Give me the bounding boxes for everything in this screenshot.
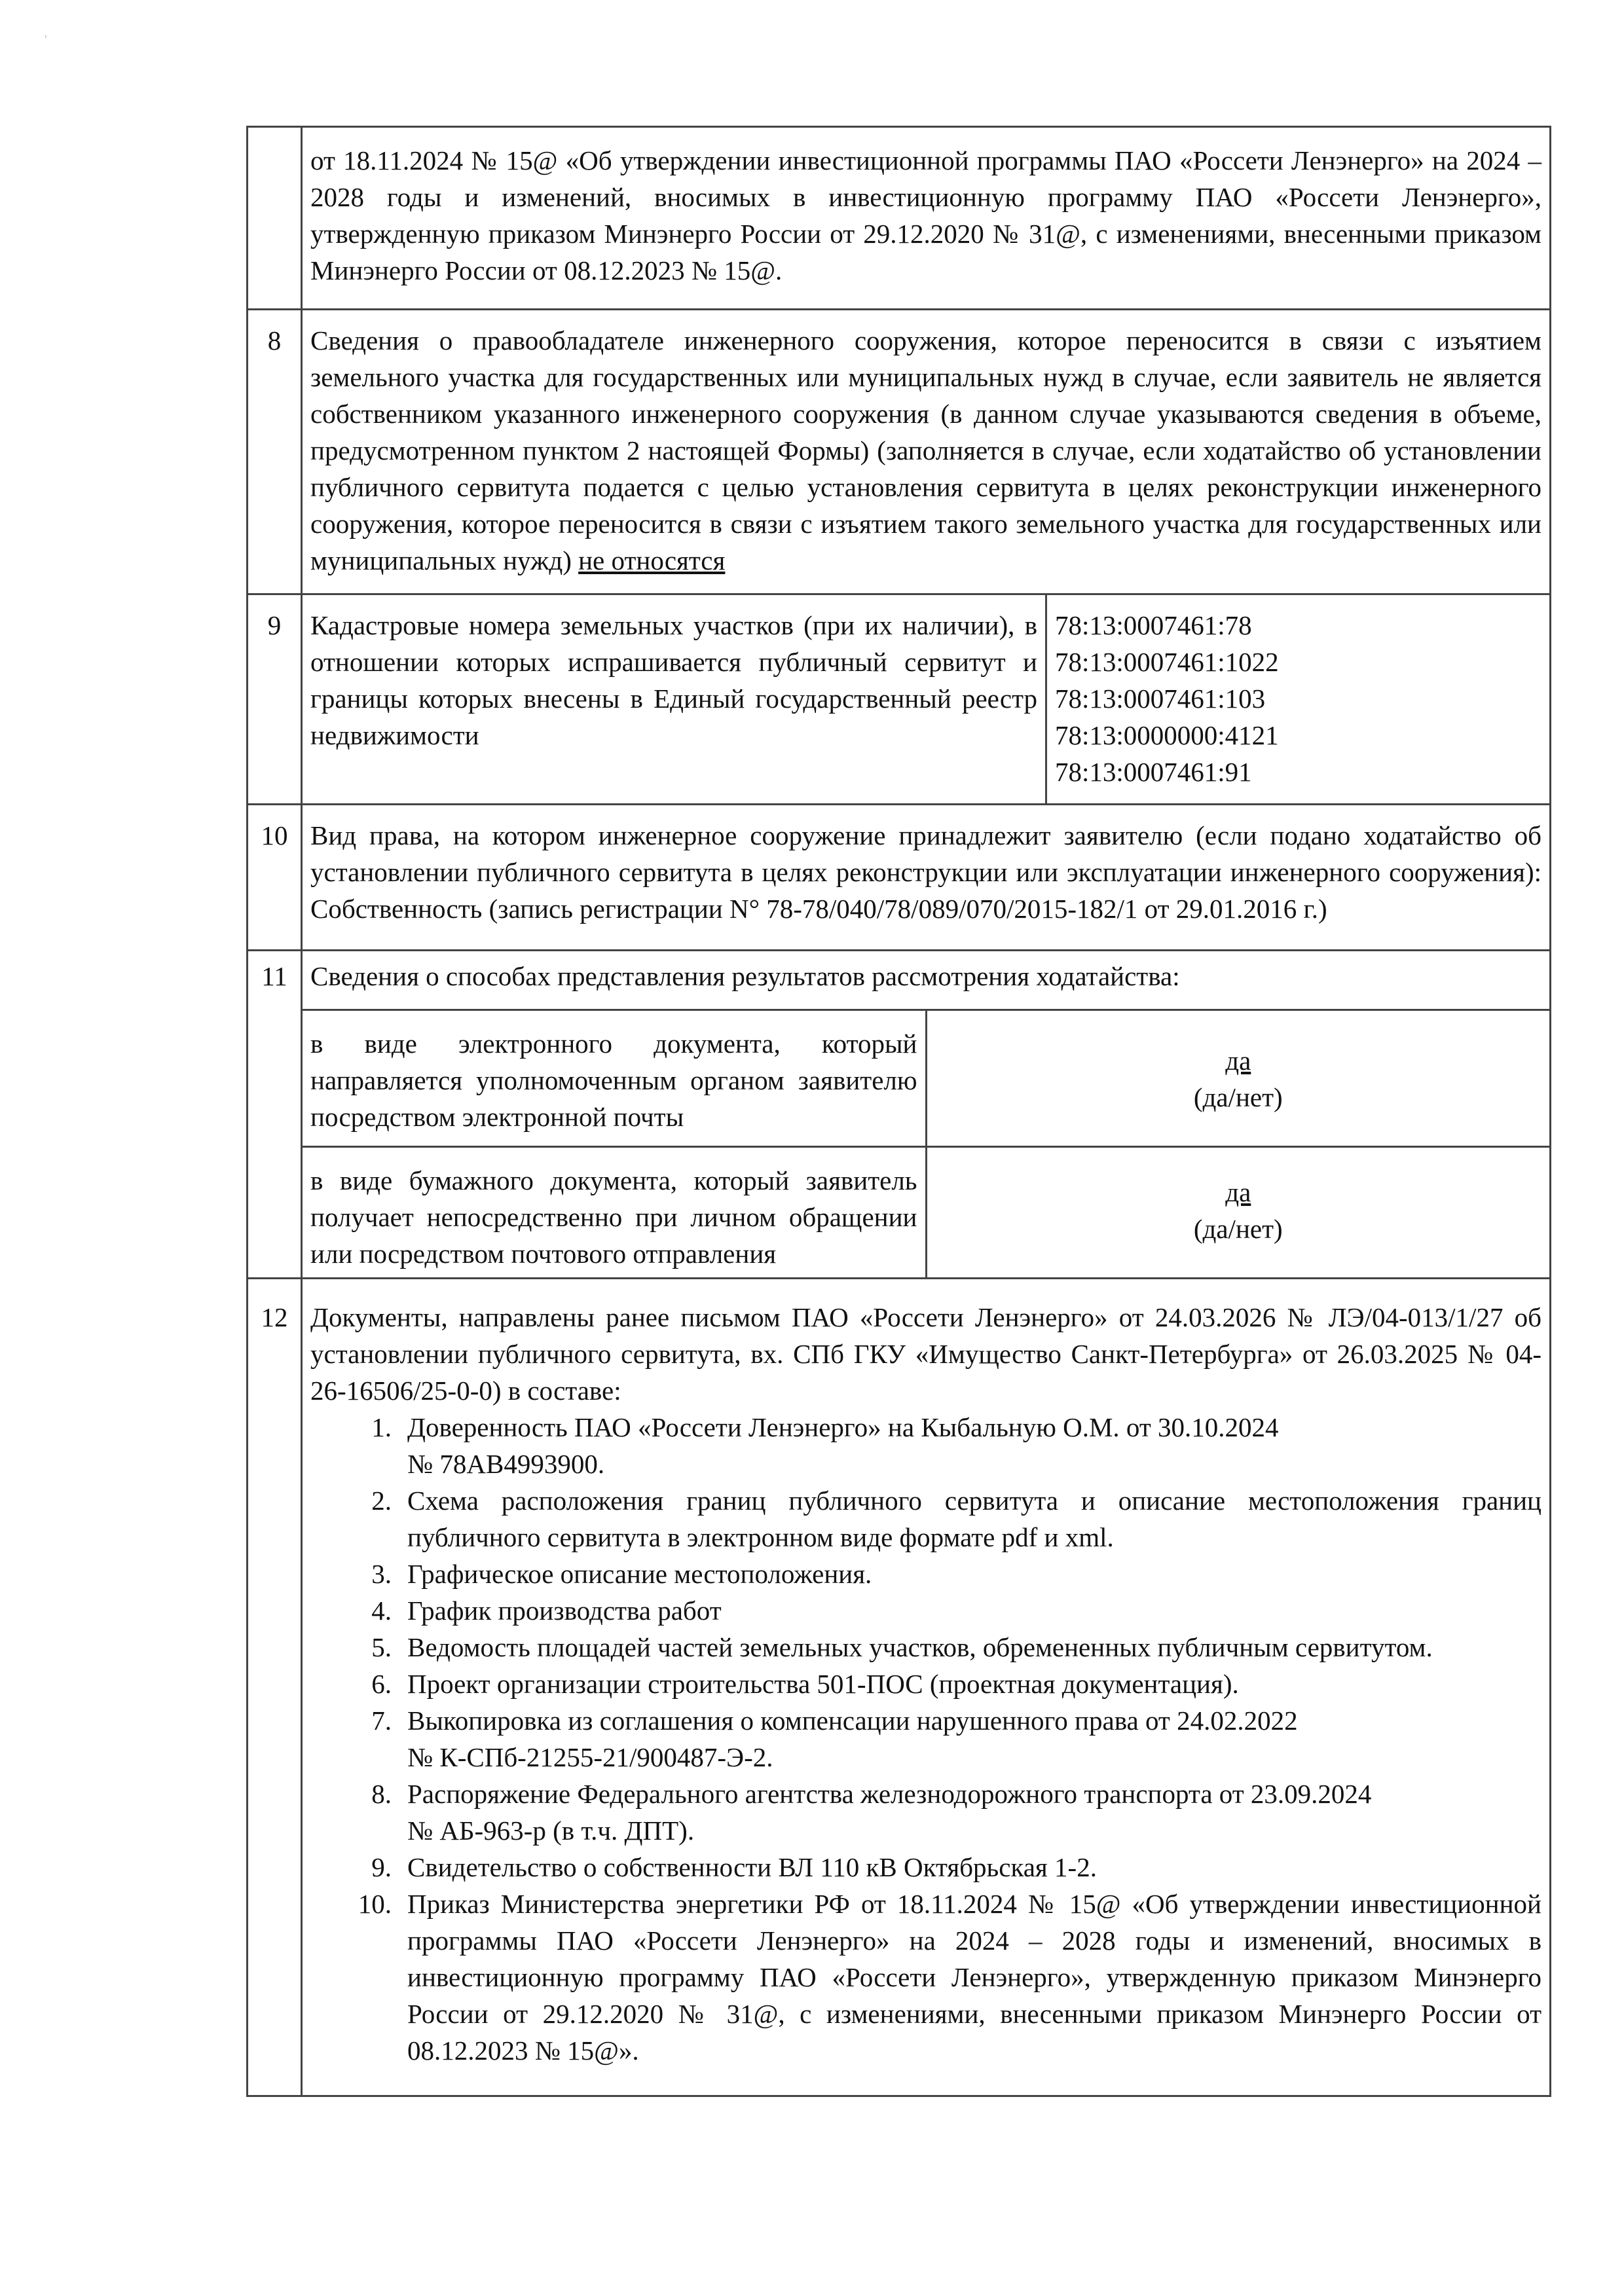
delivery-option-value-cell: да (да/нет) bbox=[926, 1010, 1549, 1147]
cadastral-number: 78:13:0007461:1022 bbox=[1055, 644, 1541, 680]
row-number: 9 bbox=[248, 594, 302, 805]
row-text: от 18.11.2024 № 15@ «Об утверждении инве… bbox=[302, 127, 1551, 310]
document-item-line: № 78АВ4993900. bbox=[407, 1449, 604, 1479]
table-row-10: 10 Вид права, на котором инженерное соор… bbox=[248, 805, 1551, 951]
row-text: Вид права, на котором инженерное сооруже… bbox=[302, 805, 1551, 951]
delivery-option-hint: (да/нет) bbox=[928, 1079, 1549, 1116]
table-row-9: 9 Кадастровые номера земельных участков … bbox=[248, 594, 1551, 805]
document-item-line: № АБ-963-р (в т.ч. ДПТ). bbox=[407, 1815, 694, 1846]
document-item: 10. Приказ Министерства энергетики РФ от… bbox=[310, 1886, 1541, 2069]
row-number: 11 bbox=[248, 951, 302, 1279]
row-text: Сведения о правообладателе инженерного с… bbox=[310, 325, 1541, 575]
cadastral-number: 78:13:0000000:4121 bbox=[1055, 717, 1541, 754]
document-item-number: 5. bbox=[310, 1629, 407, 1666]
document-item: 9. Свидетельство о собственности ВЛ 110 … bbox=[310, 1849, 1541, 1886]
document-item-text: График производства работ bbox=[407, 1592, 1541, 1629]
document-item-text: Выкопировка из соглашения о компенсации … bbox=[407, 1702, 1541, 1776]
delivery-option-hint: (да/нет) bbox=[928, 1211, 1549, 1247]
delivery-methods-table: Сведения о способах представления резуль… bbox=[303, 951, 1549, 1277]
table-row-11: 11 Сведения о способах представления рез… bbox=[248, 951, 1551, 1279]
cadastral-number: 78:13:0007461:91 bbox=[1055, 754, 1541, 790]
document-item-text: Приказ Министерства энергетики РФ от 18.… bbox=[407, 1886, 1541, 2069]
document-item-line: Распоряжение Федерального агентства желе… bbox=[407, 1779, 1371, 1809]
document-item-text: Проект организации строительства 501-ПОС… bbox=[407, 1666, 1541, 1702]
delivery-option-paper: в виде бумажного документа, который заяв… bbox=[303, 1147, 1549, 1278]
table-row-7-continuation: от 18.11.2024 № 15@ «Об утверждении инве… bbox=[248, 127, 1551, 310]
delivery-option-value-cell: да (да/нет) bbox=[926, 1147, 1549, 1278]
document-item-number: 8. bbox=[310, 1776, 407, 1849]
document-item-text: Свидетельство о собственности ВЛ 110 кВ … bbox=[407, 1849, 1541, 1886]
delivery-option-value: да bbox=[928, 1042, 1549, 1079]
document-item-line: Доверенность ПАО «Россети Ленэнерго» на … bbox=[407, 1412, 1279, 1442]
cadastral-inner-table: Кадастровые номера земельных участков (п… bbox=[303, 595, 1549, 803]
document-item: 1. Доверенность ПАО «Россети Ленэнерго» … bbox=[310, 1409, 1541, 1482]
delivery-methods-cell: Сведения о способах представления резуль… bbox=[302, 951, 1551, 1279]
row-number: 10 bbox=[248, 805, 302, 951]
row-number: 12 bbox=[248, 1279, 302, 2096]
document-item-text: Ведомость площадей частей земельных учас… bbox=[407, 1629, 1541, 1666]
document-item-number: 7. bbox=[310, 1702, 407, 1776]
row-text-container: Сведения о правообладателе инженерного с… bbox=[302, 310, 1551, 594]
document-item-text: Схема расположения границ публичного сер… bbox=[407, 1482, 1541, 1556]
cadastral-number: 78:13:0007461:78 bbox=[1055, 607, 1541, 644]
cadastral-cell: Кадастровые номера земельных участков (п… bbox=[302, 594, 1551, 805]
document-item-line: № К-СПб-21255-21/900487-Э-2. bbox=[407, 1742, 773, 1772]
documents-intro: Документы, направлены ранее письмом ПАО … bbox=[310, 1299, 1541, 1409]
cadastral-label: Кадастровые номера земельных участков (п… bbox=[303, 595, 1046, 803]
document-item-number: 4. bbox=[310, 1592, 407, 1629]
document-item: 4. График производства работ bbox=[310, 1592, 1541, 1629]
document-item-number: 6. bbox=[310, 1666, 407, 1702]
documents-list: 1. Доверенность ПАО «Россети Ленэнерго» … bbox=[310, 1409, 1541, 2069]
delivery-option-electronic: в виде электронного документа, который н… bbox=[303, 1010, 1549, 1147]
delivery-option-text: в виде электронного документа, который н… bbox=[303, 1010, 926, 1147]
documents-cell: Документы, направлены ранее письмом ПАО … bbox=[302, 1279, 1551, 2096]
document-item: 3. Графическое описание местоположения. bbox=[310, 1556, 1541, 1592]
document-item: 6. Проект организации строительства 501-… bbox=[310, 1666, 1541, 1702]
delivery-option-value: да bbox=[928, 1174, 1549, 1211]
table-row-8: 8 Сведения о правообладателе инженерного… bbox=[248, 310, 1551, 594]
document-item-number: 10. bbox=[310, 1886, 407, 2069]
cadastral-numbers-list: 78:13:0007461:78 78:13:0007461:1022 78:1… bbox=[1046, 595, 1550, 803]
delivery-methods-heading: Сведения о способах представления резуль… bbox=[303, 951, 1549, 1010]
document-item-number: 1. bbox=[310, 1409, 407, 1482]
cadastral-number: 78:13:0007461:103 bbox=[1055, 680, 1541, 717]
document-item-number: 3. bbox=[310, 1556, 407, 1592]
table-row-12: 12 Документы, направлены ранее письмом П… bbox=[248, 1279, 1551, 2096]
document-item-number: 9. bbox=[310, 1849, 407, 1886]
scan-speck: ' bbox=[45, 33, 47, 48]
document-item-text: Доверенность ПАО «Россети Ленэнерго» на … bbox=[407, 1409, 1541, 1482]
delivery-option-text: в виде бумажного документа, который заяв… bbox=[303, 1147, 926, 1278]
document-item: 8. Распоряжение Федерального агентства ж… bbox=[310, 1776, 1541, 1849]
row-answer: не относятся bbox=[578, 545, 725, 575]
row-number bbox=[248, 127, 302, 310]
document-item-line: Выкопировка из соглашения о компенсации … bbox=[407, 1705, 1298, 1736]
application-form-table: от 18.11.2024 № 15@ «Об утверждении инве… bbox=[246, 126, 1551, 2097]
document-item-number: 2. bbox=[310, 1482, 407, 1556]
row-number: 8 bbox=[248, 310, 302, 594]
document-item: 7. Выкопировка из соглашения о компенсац… bbox=[310, 1702, 1541, 1776]
document-page: ' от 18.11.2024 № 15@ «Об утверждении ин… bbox=[0, 0, 1624, 2296]
document-item: 5. Ведомость площадей частей земельных у… bbox=[310, 1629, 1541, 1666]
document-item: 2. Схема расположения границ публичного … bbox=[310, 1482, 1541, 1556]
document-item-text: Графическое описание местоположения. bbox=[407, 1556, 1541, 1592]
document-item-text: Распоряжение Федерального агентства желе… bbox=[407, 1776, 1541, 1849]
